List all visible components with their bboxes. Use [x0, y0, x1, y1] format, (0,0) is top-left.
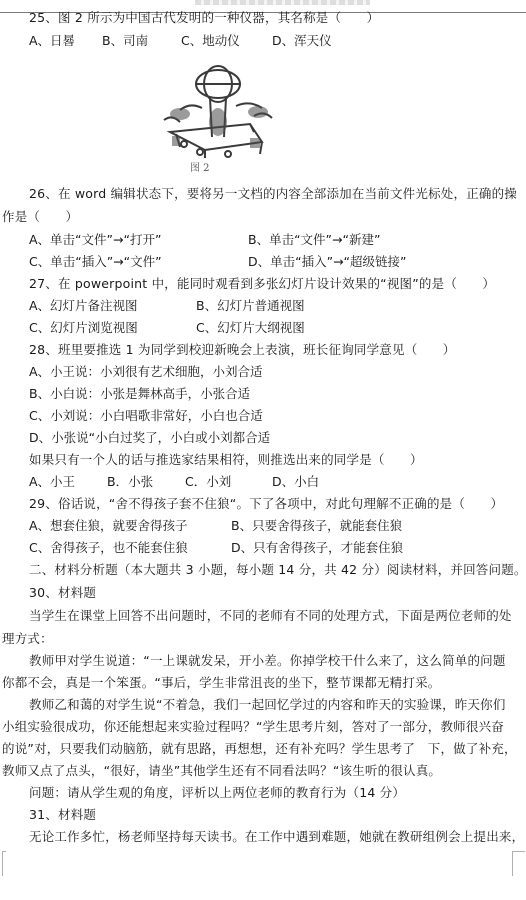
q28-statement-d: D、小张说“小白过奖了，小白或小刘都合适: [29, 430, 270, 446]
q28-question: 如果只有一个人的话与推选家结果相符，则推选出来的同学是（ ）: [29, 452, 423, 468]
q28-statement-b: B、小白说：小张是舞林高手，小张合适: [29, 386, 250, 402]
q26-option-c: C、单击“插入”→“文件”: [29, 254, 162, 270]
page-corner-mark-left: [2, 851, 6, 876]
q26-option-d: D、单击“插入”→“超级链接”: [248, 254, 407, 270]
q28-statement-a: A、小王说：小刘很有艺术细胞，小刘合适: [29, 364, 263, 380]
q27-option-b: B、幻灯片普通视图: [196, 298, 305, 314]
q28-option-c: C．小刘: [185, 474, 231, 490]
q29-option-b: B、只要舍得孩子，就能套住狼: [231, 518, 402, 534]
q28-stem: 28、班里要推选 1 为同学到校迎新晚会上表演，班长征询同学意见（ ）: [29, 342, 456, 358]
q30-para2-line2: 小组实验很成功，你还能想起来实验过程吗？“学生思考片刻，答对了一部分，教师很兴奋: [2, 719, 504, 735]
q30-para2-line1: 教师乙和蔼的对学生说“不着急，我们一起回忆学过的内容和昨天的实验课，昨天你们: [29, 697, 506, 713]
q27-option-c: C、幻灯片浏览视图: [29, 320, 138, 336]
q30-question: 问题：请从学生观的角度，评析以上两位老师的教育行为（14 分）: [29, 785, 405, 801]
armillary-sphere-icon: [150, 62, 280, 162]
q25-option-d: D、浑天仪: [272, 33, 332, 49]
q28-option-b: B．小张: [107, 474, 153, 490]
page-corner-mark-right: [512, 851, 525, 876]
previous-page-text-remnant: [195, 0, 370, 5]
q30-intro-line2: 理方式：: [2, 631, 53, 647]
q26-stem-line2: 作是（ ）: [2, 209, 78, 225]
q30-title: 30、材料题: [29, 585, 96, 601]
q30-para2-line3: 的说”对，只要我们动脑筋，就有思路，再想想，还有补充吗？学生思考了 下，做了补充…: [2, 741, 517, 757]
q26-stem-line1: 26、在 word 编辑状态下，要将另一文档的内容全部添加在当前文件光标处，正确…: [29, 186, 517, 202]
q29-option-d: D、只有舍得孩子，才能套住狼: [231, 540, 403, 556]
q27-option-d: C、幻灯片大纲视图: [196, 320, 305, 336]
q25-option-b: B、司南: [102, 33, 148, 49]
q29-option-c: C、舍得孩子，也不能套住狼: [29, 540, 188, 556]
q29-option-a: A、想套住狼，就要舍得孩子: [29, 518, 188, 534]
q30-para2-line4: 教师又点了点头，“很好，请坐”其他学生还有不同看法吗？“该生听的很认真。: [2, 763, 441, 779]
q28-statement-c: C、小刘说：小白唱歌非常好，小白也合适: [29, 408, 263, 424]
q29-stem: 29、俗话说，“舍不得孩子套不住狼“。下了各项中，对此句理解不正确的是（ ）: [29, 496, 503, 512]
q31-title: 31、材料题: [29, 807, 96, 823]
q26-option-a: A、单击“文件”→“打开”: [29, 232, 161, 248]
q28-option-d: D、小白: [272, 474, 319, 490]
q30-para1-line1: 教师甲对学生说道：“一上课就发呆，开小差。你掉学校干什么来了，这么简单的问题: [29, 653, 506, 669]
q26-option-b: B、单击“文件”→“新建”: [248, 232, 380, 248]
q27-option-a: A、幻灯片备注视图: [29, 298, 138, 314]
q28-option-a: A、小王: [29, 474, 75, 490]
q31-line1: 无论工作多忙，杨老师坚持每天读书。在工作中遇到难题，她就在教研组例会上提出来，: [29, 829, 524, 845]
q25-option-a: A、日晷: [29, 33, 75, 49]
q25-option-c: C、地动仪: [181, 33, 240, 49]
q30-para1-line2: 你都不会，真是一个笨蛋。“事后，学生非常沮丧的坐下，整节课都无精打采。: [2, 675, 440, 691]
q25-stem: 25、图 2 所示为中国古代发明的一种仪器，其名称是（ ）: [29, 10, 379, 26]
section2-heading: 二、材料分析题（本大题共 3 小题，每小题 14 分，共 42 分）阅读材料，并…: [29, 562, 526, 578]
q27-stem: 27、在 powerpoint 中，能同时观看到多张幻灯片设计效果的“视图”的是…: [29, 276, 495, 292]
figure-caption: 图 2: [190, 159, 210, 174]
armillary-sphere-image: [150, 62, 280, 162]
q30-intro-line1: 当学生在课堂上回答不出问题时，不同的老师有不同的处理方式，下面是两位老师的处: [29, 608, 512, 624]
